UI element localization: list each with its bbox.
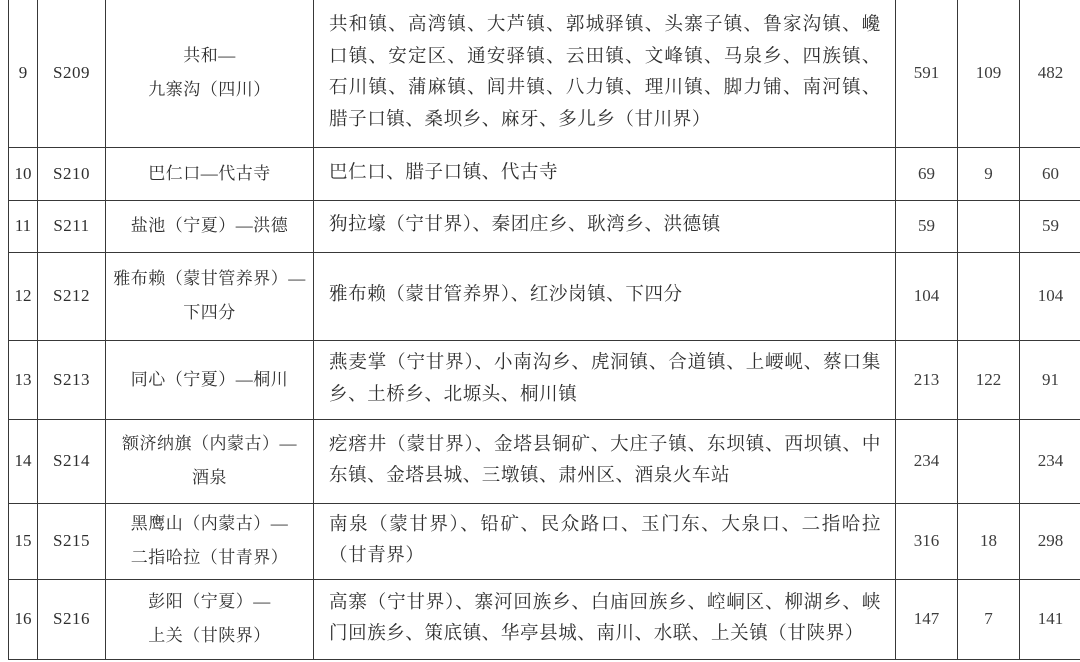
value3-cell: 482: [1020, 0, 1080, 147]
value2-cell: 7: [958, 579, 1020, 659]
value2-cell: [958, 200, 1020, 252]
value3-cell: 141: [1020, 579, 1080, 659]
table-row: 14 S214 额济纳旗（内蒙古）— 酒泉 疙瘩井（蒙甘界）、金塔县铜矿、大庄子…: [9, 419, 1080, 503]
value1-cell: 591: [896, 0, 958, 147]
row-number-cell: 11: [9, 200, 38, 252]
row-number-cell: 10: [9, 147, 38, 200]
row-number-cell: 15: [9, 503, 38, 579]
route-code-cell: S214: [38, 419, 106, 503]
route-places-cell: 高寨（宁甘界）、寨河回族乡、白庙回族乡、崆峒区、柳湖乡、峡门回族乡、策底镇、华亭…: [314, 579, 896, 659]
value1-cell: 59: [896, 200, 958, 252]
value1-cell: 316: [896, 503, 958, 579]
value2-cell: [958, 419, 1020, 503]
value2-cell: [958, 252, 1020, 340]
route-places-cell: 疙瘩井（蒙甘界）、金塔县铜矿、大庄子镇、东坝镇、西坝镇、中东镇、金塔县城、三墩镇…: [314, 419, 896, 503]
row-number-cell: 16: [9, 579, 38, 659]
route-name-cell: 彭阳（宁夏）— 上关（甘陕界）: [106, 579, 314, 659]
table-row: 11 S211 盐池（宁夏）—洪德 狗拉壕（宁甘界）、秦团庄乡、耿湾乡、洪德镇 …: [9, 200, 1080, 252]
table-row: 12 S212 雅布赖（蒙甘管养界）— 下四分 雅布赖（蒙甘管养界）、红沙岗镇、…: [9, 252, 1080, 340]
value3-cell: 91: [1020, 340, 1080, 419]
value2-cell: 9: [958, 147, 1020, 200]
route-name-cell: 黑鹰山（内蒙古）— 二指哈拉（甘青界）: [106, 503, 314, 579]
value3-cell: 60: [1020, 147, 1080, 200]
route-name-cell: 额济纳旗（内蒙古）— 酒泉: [106, 419, 314, 503]
row-number-cell: 9: [9, 0, 38, 147]
route-places-cell: 狗拉壕（宁甘界）、秦团庄乡、耿湾乡、洪德镇: [314, 200, 896, 252]
value2-cell: 109: [958, 0, 1020, 147]
route-places-cell: 巴仁口、腊子口镇、代古寺: [314, 147, 896, 200]
route-code-cell: S212: [38, 252, 106, 340]
route-name-cell: 巴仁口—代古寺: [106, 147, 314, 200]
route-code-cell: S213: [38, 340, 106, 419]
route-places-cell: 南泉（蒙甘界）、铅矿、民众路口、玉门东、大泉口、二指哈拉（甘青界）: [314, 503, 896, 579]
value3-cell: 59: [1020, 200, 1080, 252]
route-code-cell: S209: [38, 0, 106, 147]
value1-cell: 213: [896, 340, 958, 419]
table-row: 10 S210 巴仁口—代古寺 巴仁口、腊子口镇、代古寺 69 9 60: [9, 147, 1080, 200]
value1-cell: 69: [896, 147, 958, 200]
table-row: 15 S215 黑鹰山（内蒙古）— 二指哈拉（甘青界） 南泉（蒙甘界）、铅矿、民…: [9, 503, 1080, 579]
table-row: 13 S213 同心（宁夏）—桐川 燕麦掌（宁甘界）、小南沟乡、虎洞镇、合道镇、…: [9, 340, 1080, 419]
provincial-highway-table: 9 S209 共和— 九寨沟（四川） 共和镇、高湾镇、大芦镇、郭城驿镇、头寨子镇…: [8, 0, 1080, 660]
table-row: 9 S209 共和— 九寨沟（四川） 共和镇、高湾镇、大芦镇、郭城驿镇、头寨子镇…: [9, 0, 1080, 147]
document-page: 9 S209 共和— 九寨沟（四川） 共和镇、高湾镇、大芦镇、郭城驿镇、头寨子镇…: [0, 0, 1080, 662]
value1-cell: 147: [896, 579, 958, 659]
row-number-cell: 12: [9, 252, 38, 340]
route-name-cell: 盐池（宁夏）—洪德: [106, 200, 314, 252]
value3-cell: 104: [1020, 252, 1080, 340]
route-code-cell: S215: [38, 503, 106, 579]
value2-cell: 122: [958, 340, 1020, 419]
row-number-cell: 13: [9, 340, 38, 419]
route-name-cell: 共和— 九寨沟（四川）: [106, 0, 314, 147]
value2-cell: 18: [958, 503, 1020, 579]
route-name-cell: 同心（宁夏）—桐川: [106, 340, 314, 419]
value1-cell: 104: [896, 252, 958, 340]
table-row: 16 S216 彭阳（宁夏）— 上关（甘陕界） 高寨（宁甘界）、寨河回族乡、白庙…: [9, 579, 1080, 659]
row-number-cell: 14: [9, 419, 38, 503]
route-places-cell: 燕麦掌（宁甘界）、小南沟乡、虎洞镇、合道镇、上崾岘、蔡口集乡、土桥乡、北塬头、桐…: [314, 340, 896, 419]
route-code-cell: S211: [38, 200, 106, 252]
value1-cell: 234: [896, 419, 958, 503]
route-code-cell: S210: [38, 147, 106, 200]
route-name-cell: 雅布赖（蒙甘管养界）— 下四分: [106, 252, 314, 340]
value3-cell: 234: [1020, 419, 1080, 503]
route-code-cell: S216: [38, 579, 106, 659]
route-places-cell: 共和镇、高湾镇、大芦镇、郭城驿镇、头寨子镇、鲁家沟镇、巉口镇、安定区、通安驿镇、…: [314, 0, 896, 147]
value3-cell: 298: [1020, 503, 1080, 579]
route-places-cell: 雅布赖（蒙甘管养界）、红沙岗镇、下四分: [314, 252, 896, 340]
